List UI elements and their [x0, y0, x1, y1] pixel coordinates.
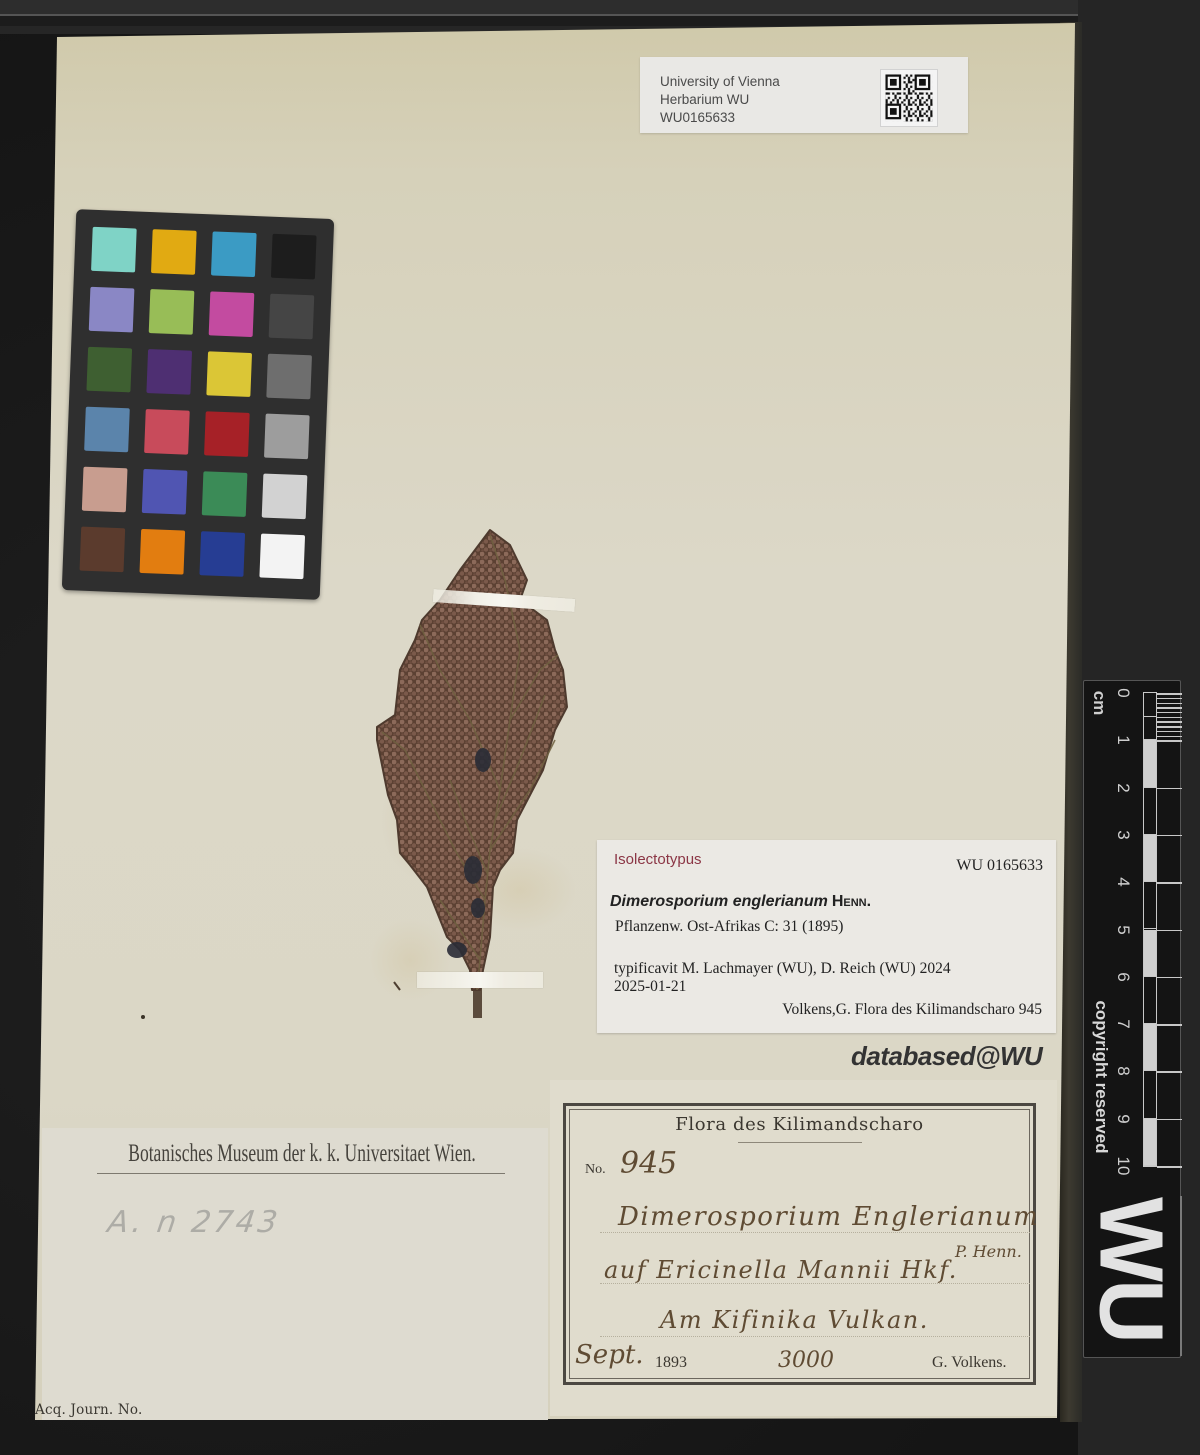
color-patch [91, 227, 137, 273]
ruler-tick-label: 4 [1113, 877, 1133, 886]
ruler-tick-label: 10 [1113, 1157, 1133, 1176]
qr-code-icon [880, 69, 938, 127]
color-patch [151, 229, 197, 275]
copyright-notice: copyright reserved [1091, 1000, 1111, 1153]
type-status-label: Isolectotypus WU 0165633 Dimerosporium e… [597, 840, 1056, 1033]
ruler-tick-label: 0 [1113, 688, 1133, 697]
ruler-segment [1144, 693, 1156, 740]
ruler-ticks [1156, 693, 1182, 1166]
ruler-segment [1144, 740, 1156, 787]
barcode-label: University of Vienna Herbarium WU WU0165… [640, 57, 968, 133]
ruler-segment [1144, 835, 1156, 882]
color-patch [211, 231, 257, 277]
taxon-author: Henn. [832, 893, 871, 910]
number-label: No. [585, 1162, 606, 1178]
ruler-tick-label: 9 [1113, 1114, 1133, 1123]
handwritten-month: Sept. [575, 1340, 644, 1370]
museum-label [42, 1128, 548, 1420]
color-patch [82, 467, 128, 513]
institution-name: University of Vienna [660, 74, 780, 90]
color-patch [80, 527, 126, 573]
ruler-tick-label: 2 [1113, 783, 1133, 792]
sheet-speck [141, 1015, 145, 1019]
collection-citation: Volkens,G. Flora des Kilimandscharo 945 [782, 1001, 1042, 1019]
color-patch [142, 469, 188, 515]
ruler-tick-label: 8 [1113, 1067, 1133, 1076]
title-ornament [738, 1142, 862, 1146]
ruler-segment [1144, 930, 1156, 977]
taxon-name: Dimerosporium englerianumHenn. [610, 893, 871, 911]
typification: typificavit M. Lachmayer (WU), D. Reich … [614, 960, 951, 978]
ruler-tick-label: 5 [1113, 925, 1133, 934]
color-patch [209, 291, 255, 337]
guide-line [600, 1232, 1030, 1233]
museum-label-rule [97, 1173, 505, 1174]
color-patch [259, 534, 305, 580]
color-patch [144, 409, 190, 455]
accession-journal-label: Acq. Journ. No. [35, 1402, 143, 1418]
color-patch [89, 287, 135, 333]
ruler-segment [1144, 977, 1156, 1024]
handwritten-taxon: Dimerosporium Englerianum [618, 1202, 1039, 1232]
typification-date: 2025-01-21 [614, 978, 686, 996]
color-patch [84, 407, 130, 453]
ruler-edge-line [1180, 1196, 1182, 1356]
color-patch [202, 471, 248, 517]
databased-stamp: databased@WU [851, 1041, 1042, 1072]
color-patch [269, 294, 315, 340]
ruler-segment [1144, 882, 1156, 929]
ruler-unit: cm [1089, 691, 1109, 716]
handwritten-author: P. Henn. [955, 1242, 1022, 1261]
ruler-tick-label: 6 [1113, 972, 1133, 981]
wu-logo: WU [1079, 1197, 1182, 1341]
color-patch [139, 529, 185, 575]
ruler-segment [1144, 1119, 1156, 1166]
ruler-segment [1144, 1024, 1156, 1071]
collection-year: 1893 [655, 1354, 687, 1372]
herbarium-name: Herbarium WU [660, 92, 749, 108]
ruler-tick-label: 7 [1113, 1019, 1133, 1028]
color-patch [146, 349, 192, 395]
collector-name: G. Volkens. [932, 1354, 1007, 1372]
pencil-annotation: A. n 2743 [106, 1205, 283, 1240]
collection-number: 945 [620, 1146, 677, 1181]
handwritten-altitude: 3000 [778, 1348, 834, 1373]
color-checker-card [62, 209, 334, 600]
taxon-binomial: Dimerosporium englerianum [610, 893, 828, 910]
color-patch [262, 474, 308, 520]
ruler-segment [1144, 1071, 1156, 1118]
color-patch [264, 414, 310, 460]
guide-line [600, 1336, 1030, 1337]
color-patch [86, 347, 132, 393]
mounting-tape-bottom [417, 972, 543, 988]
color-patch [149, 289, 195, 335]
catalog-number: WU0165633 [660, 110, 735, 126]
color-patch [206, 351, 252, 397]
specimen-scan: University of Vienna Herbarium WU WU0165… [0, 0, 1200, 1455]
scale-ruler: cm 0 1 2 3 4 5 6 7 8 9 10 [1083, 680, 1181, 1358]
original-label-title: Flora des Kilimandscharo [563, 1114, 1036, 1135]
museum-label-title: Botanisches Museum der k. k. Universitae… [120, 1140, 484, 1168]
type-status: Isolectotypus [614, 851, 702, 868]
ruler-segment [1144, 788, 1156, 835]
ruler-bar [1143, 692, 1157, 1167]
type-catalog-number: WU 0165633 [956, 857, 1043, 875]
handwritten-host: auf Ericinella Mannii Hkf. [604, 1256, 958, 1284]
ruler-tick-label: 1 [1113, 736, 1133, 745]
handwritten-locality: Am Kifinika Vulkan. [660, 1306, 929, 1334]
ruler-tick-label: 3 [1113, 830, 1133, 839]
color-patch [266, 354, 312, 400]
color-patch [199, 531, 245, 577]
color-patch [271, 234, 317, 280]
color-patch [204, 411, 250, 457]
publication: Pflanzenw. Ost-Afrikas C: 31 (1895) [615, 918, 843, 936]
